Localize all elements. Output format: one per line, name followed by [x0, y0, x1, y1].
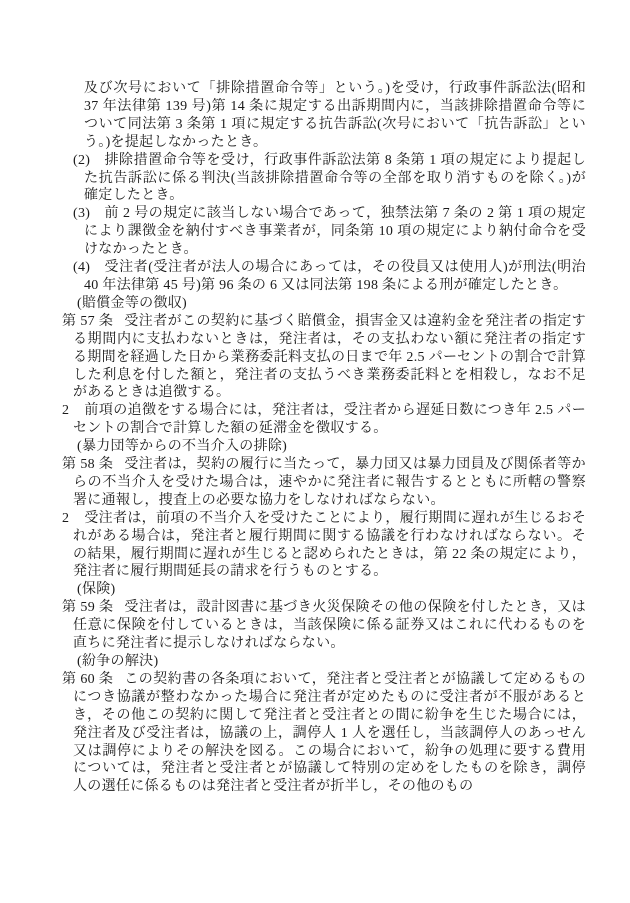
article-text: 受注者がこの契約に基づく賠償金，損害金又は違約金を発注者の指定する期間内に支払わ…	[73, 314, 586, 401]
section-heading-text: (暴力団等からの不当介入の排除)	[77, 439, 287, 454]
article-number: 第 58 条	[62, 457, 113, 472]
article-text: この契約書の各条項において，発注者と受注者とが協議して定めるものにつき協議が整わ…	[73, 672, 586, 794]
list-item-3: (3)前 2 号の規定に該当しない場合であって，独禁法第 7 条の 2 第 1 …	[73, 205, 586, 259]
document-page: 及び次号において「排除措置命令等」という。)を受け，行政事件訴訟法(昭和 37 …	[0, 0, 630, 903]
paragraph-text: 前項の追徴をする場合には，発注者は，受注者から遅延日数につき年 2.5 パーセン…	[73, 403, 586, 436]
article-57-paragraph-2: 2前項の追徴をする場合には，発注者は，受注者から遅延日数につき年 2.5 パーセ…	[62, 402, 586, 438]
section-heading-text: (賠償金等の徴収)	[77, 296, 187, 311]
article-number: 第 57 条	[62, 314, 113, 329]
item-number: (2)	[73, 153, 90, 168]
paragraph-number: 2	[62, 511, 69, 526]
item-text: 排除措置命令等を受け，行政事件訴訟法第 8 条第 1 項の規定により提起した抗告…	[84, 153, 586, 204]
document-text-block: 及び次号において「排除措置命令等」という。)を受け，行政事件訴訟法(昭和 37 …	[62, 80, 586, 796]
item-text: 受注者(受注者が法人の場合にあっては，その役員又は使用人)が刑法(明治 40 年…	[84, 260, 586, 293]
item-text: 前 2 号の規定に該当しない場合であって，独禁法第 7 条の 2 第 1 項の規…	[84, 206, 586, 257]
section-heading-text: (保険)	[77, 582, 116, 597]
article-number: 第 60 条	[62, 672, 113, 687]
list-item-4: (4)受注者(受注者が法人の場合にあっては，その役員又は使用人)が刑法(明治 4…	[73, 259, 586, 295]
article-60: 第 60 条この契約書の各条項において，発注者と受注者とが協議して定めるものにつ…	[62, 671, 586, 796]
list-item-2: (2)排除措置命令等を受け，行政事件訴訟法第 8 条第 1 項の規定により提起し…	[73, 152, 586, 206]
paragraph-text: 受注者は，前項の不当介入を受けたことにより，履行期間に遅れが生じるおそれがある場…	[73, 511, 586, 580]
paragraph-number: 2	[62, 403, 69, 418]
item-number: (3)	[73, 206, 90, 221]
item-number: (4)	[73, 260, 90, 275]
section-heading-compensation: (賠償金等の徴収)	[77, 295, 586, 313]
article-number: 第 59 条	[62, 600, 113, 615]
section-heading-gang-exclusion: (暴力団等からの不当介入の排除)	[77, 438, 586, 456]
article-text: 受注者は，設計図書に基づき火災保険その他の保険を付したとき，又は任意に保険を付し…	[73, 600, 586, 651]
section-heading-text: (紛争の解決)	[77, 654, 158, 669]
clause-text: 及び次号において「排除措置命令等」という。)を受け，行政事件訴訟法(昭和 37 …	[84, 81, 586, 150]
clause-continuation-text: 及び次号において「排除措置命令等」という。)を受け，行政事件訴訟法(昭和 37 …	[84, 80, 586, 152]
article-58-paragraph-2: 2受注者は，前項の不当介入を受けたことにより，履行期間に遅れが生じるおそれがある…	[62, 510, 586, 582]
article-58: 第 58 条受注者は，契約の履行に当たって，暴力団又は暴力団員及び関係者等からの…	[62, 456, 586, 510]
article-57: 第 57 条受注者がこの契約に基づく賠償金，損害金又は違約金を発注者の指定する期…	[62, 313, 586, 403]
article-59: 第 59 条受注者は，設計図書に基づき火災保険その他の保険を付したとき，又は任意…	[62, 599, 586, 653]
section-heading-insurance: (保険)	[77, 581, 586, 599]
article-text: 受注者は，契約の履行に当たって，暴力団又は暴力団員及び関係者等からの不当介入を受…	[73, 457, 586, 508]
section-heading-dispute-resolution: (紛争の解決)	[77, 653, 586, 671]
